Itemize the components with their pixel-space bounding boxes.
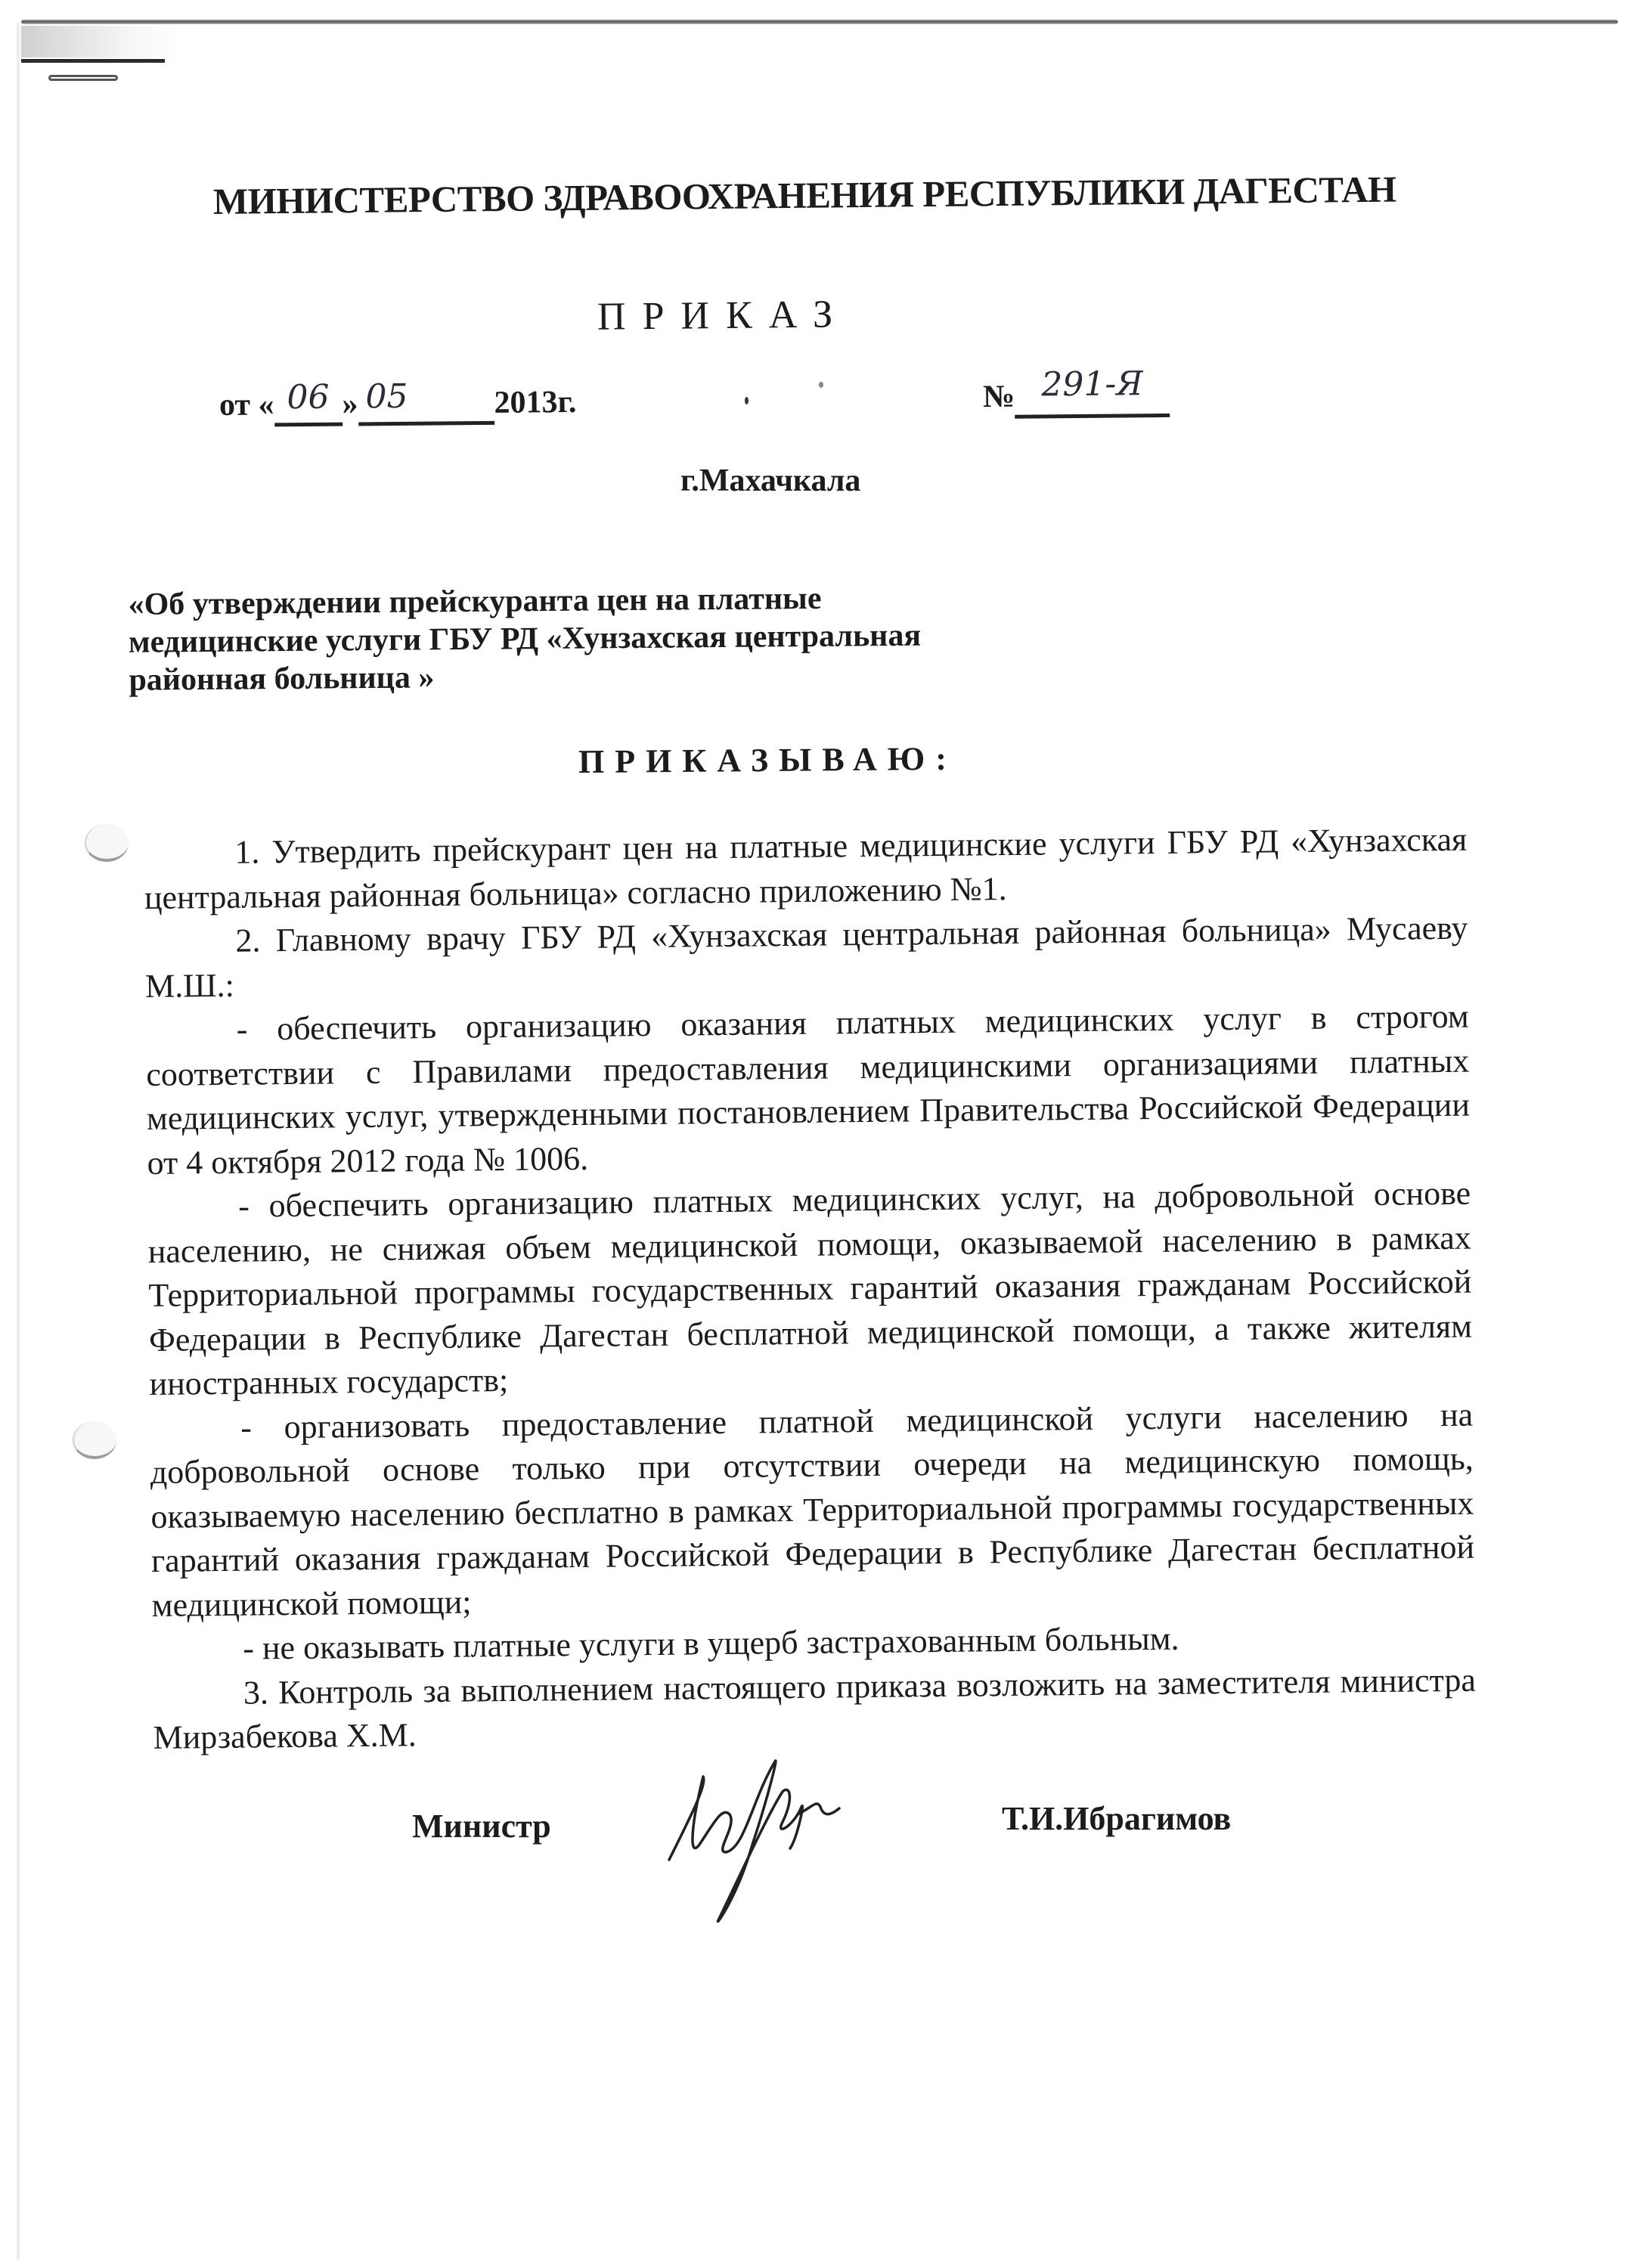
- scan-border-top: [21, 20, 1618, 24]
- paragraph-2-item-3: - организовать предоставление платной ме…: [150, 1393, 1475, 1628]
- scan-speck: [745, 397, 749, 404]
- document-type-title: ПРИКАЗ: [597, 292, 850, 339]
- order-number: №291-Я: [983, 377, 1170, 419]
- orders-heading: ПРИКАЗЫВАЮ:: [578, 739, 957, 781]
- signature-block: Министр Т.И.Ибрагимов: [412, 1799, 1395, 1973]
- number-sign: №: [983, 380, 1015, 414]
- number-handwritten: 291-Я: [1015, 364, 1170, 404]
- paragraph-3: 3. Контроль за выполнением настоящего пр…: [153, 1658, 1477, 1760]
- scan-smudge: [21, 26, 180, 57]
- scan-speck: [819, 382, 823, 388]
- ministry-header: МИНИСТЕРСТВО ЗДРАВООХРАНЕНИЯ РЕСПУБЛИКИ …: [213, 168, 1396, 223]
- paragraph-1: 1. Утвердить прейскурант цен на платные …: [144, 818, 1468, 920]
- handwritten-signature-icon: [662, 1754, 858, 1935]
- hole-punch-icon: [85, 824, 129, 862]
- city-label: г.Махачкала: [680, 463, 860, 499]
- date-mid: »: [342, 386, 358, 421]
- order-subject: «Об утверждении прейскуранта цен на плат…: [128, 578, 960, 699]
- number-field: 291-Я: [1015, 377, 1170, 419]
- date-day-handwritten: 06: [274, 378, 342, 417]
- order-body: 1. Утвердить прейскурант цен на платные …: [144, 818, 1477, 1761]
- date-year: 2013г.: [494, 385, 576, 420]
- signatory-name: Т.И.Ибрагимов: [1002, 1799, 1231, 1838]
- order-date: от «06 »05 2013г.: [219, 384, 577, 427]
- signatory-title: Министр: [412, 1807, 551, 1845]
- date-month-handwritten: 05: [358, 376, 494, 417]
- date-month-field: 05: [358, 385, 494, 426]
- paragraph-2: 2. Главному врачу ГБУ РД «Хунзахская цен…: [144, 906, 1468, 1009]
- paragraph-2-item-2: - обеспечить организацию платных медицин…: [147, 1172, 1473, 1407]
- hole-punch-icon: [73, 1421, 116, 1459]
- staple-mark-icon: [48, 75, 118, 81]
- scan-artifact-line: [21, 59, 165, 63]
- scan-border-left: [17, 23, 20, 2260]
- paragraph-2-item-1: - обеспечить организацию оказания платны…: [145, 995, 1470, 1185]
- date-prefix: от «: [219, 387, 274, 423]
- date-day-field: 06: [274, 386, 342, 427]
